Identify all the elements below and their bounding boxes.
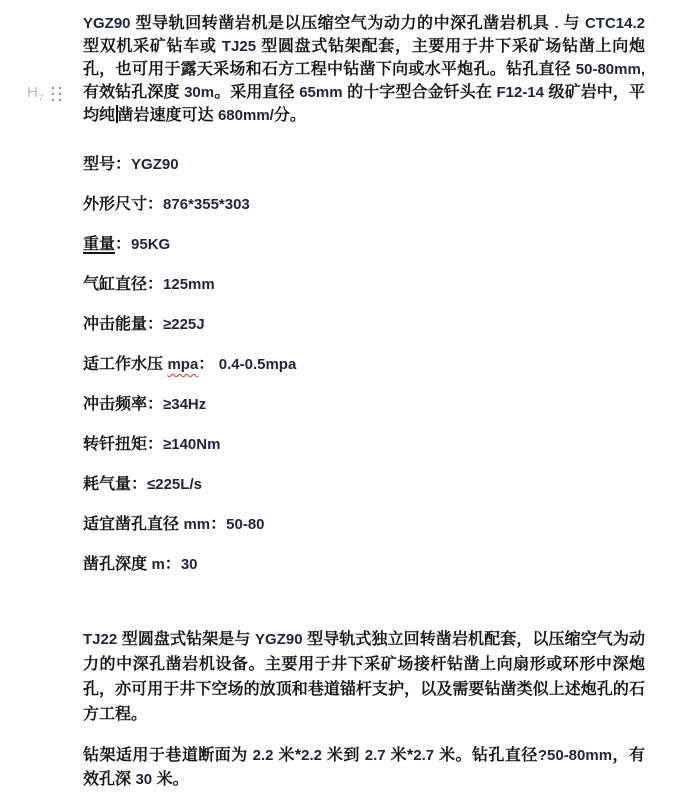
text-run: 重量 (83, 236, 115, 253)
text-run: m (151, 556, 164, 573)
text-run: 凿孔深度 (83, 556, 151, 573)
text-run: 型双机采矿钻车或 (83, 38, 222, 55)
text-run: ： (115, 236, 131, 253)
text-run: ≥225J (163, 316, 205, 333)
text-run: 65mm (299, 84, 342, 101)
text-run: 钻架适用于巷道断面为 (83, 747, 253, 764)
text-run: 2.2 (253, 747, 274, 764)
text-run: YGZ90 (83, 15, 131, 32)
text-run: 的十字型合金钎头在 (343, 84, 497, 101)
tunnel-size-paragraph[interactable]: 钻架适用于巷道断面为 2.2 米*2.2 米到 2.7 米*2.7 米。钻孔直径… (83, 744, 645, 792)
text-run: 95KG (131, 236, 170, 253)
text-run: 30 (135, 771, 152, 788)
text-run: 型圆盘式钻架是与 (117, 631, 255, 648)
intro-paragraph[interactable]: YGZ90 型导轨回转凿岩机是以压缩空气为动力的中深孔凿岩机具 . 与 CTC1… (83, 0, 645, 127)
text-run: ≥34Hz (163, 396, 206, 413)
text-run: 30m (184, 84, 214, 101)
text-run: 50-80 (226, 516, 264, 533)
text-run: YGZ90 (131, 156, 179, 173)
text-run: 680mm/ (218, 107, 274, 124)
heading-level-number: 7 (38, 93, 44, 103)
text-run: ： (210, 516, 226, 533)
text-run: 冲击频率： (83, 396, 163, 413)
spec-row[interactable]: 型号：YGZ90 (83, 156, 645, 173)
text-run: ： (198, 356, 218, 373)
text-run: 耗气量： (83, 476, 147, 493)
spec-row[interactable]: 冲击频率：≥34Hz (83, 396, 645, 413)
text-run: 凿岩速度可达 (118, 107, 218, 124)
text-run: 米* (386, 747, 414, 764)
spec-row[interactable]: 适宜凿孔直径 mm：50-80 (83, 516, 645, 533)
text-run: 2.2 (301, 747, 322, 764)
text-run: 转钎扭矩： (83, 436, 163, 453)
text-run: 米。钻孔直径 (434, 747, 538, 764)
drill-rig-paragraph[interactable]: TJ22 型圆盘式钻架是与 YGZ90 型导轨式独立回转凿岩机配套，以压缩空气为… (83, 627, 645, 727)
text-run: 型号： (83, 156, 131, 173)
spec-row[interactable]: 适工作水压 mpa： 0.4-0.5mpa (83, 356, 645, 373)
text-run: 米* (273, 747, 301, 764)
text-run: ≥140Nm (163, 436, 220, 453)
spec-row[interactable]: 转钎扭矩：≥140Nm (83, 436, 645, 453)
text-run: mm (183, 516, 210, 533)
text-run: 适工作水压 (83, 356, 167, 373)
text-run: 50-80mm, (576, 61, 645, 78)
text-run: ≤225L/s (147, 476, 202, 493)
text-run: 气缸直径： (83, 276, 163, 293)
text-run: 型导轨回转凿岩机是以压缩空气为动力的中深孔凿岩机具 (131, 15, 555, 32)
heading-letter: H (27, 84, 38, 101)
text-run: 2.7 (413, 747, 434, 764)
text-run: 125mm (163, 276, 215, 293)
document-body[interactable]: YGZ90 型导轨回转凿岩机是以压缩空气为动力的中深孔凿岩机具 . 与 CTC1… (83, 0, 645, 792)
text-run: 外形尺寸： (83, 196, 163, 213)
text-run: TJ22 (83, 631, 117, 648)
block-controls: H7 (27, 85, 62, 103)
spec-row[interactable]: 耗气量：≤225L/s (83, 476, 645, 493)
heading-level-indicator: H7 (27, 85, 44, 103)
text-run: 米。 (152, 771, 188, 788)
spec-row[interactable]: 凿孔深度 m：30 (83, 556, 645, 573)
spec-row[interactable]: 外形尺寸：876*355*303 (83, 196, 645, 213)
text-run: 分。 (274, 107, 306, 124)
text-run: 有效钻孔深度 (83, 84, 184, 101)
text-run: 。采用直径 (214, 84, 299, 101)
spellcheck-flagged-text: mpa (167, 356, 198, 373)
spec-row[interactable]: 冲击能量：≥225J (83, 316, 645, 333)
spec-row[interactable]: 气缸直径：125mm (83, 276, 645, 293)
text-run: F12-14 (496, 84, 544, 101)
text-run: 876*355*303 (163, 196, 250, 213)
text-run: YGZ90 (255, 631, 303, 648)
text-run: 米到 (322, 747, 365, 764)
document-editor-page: H7 YGZ90 型导轨回转凿岩机是以压缩空气为动力的中深孔凿岩机具 . 与 C… (0, 0, 688, 792)
drag-handle-icon[interactable] (52, 87, 62, 102)
spec-list: 型号：YGZ90外形尺寸：876*355*303重量：95KG气缸直径：125m… (83, 156, 645, 573)
text-run: 适宜凿孔直径 (83, 516, 183, 533)
text-run: 0.4-0.5mpa (219, 356, 297, 373)
text-run: CTC14.2 (585, 15, 645, 32)
text-run: 30 (181, 556, 198, 573)
text-run: TJ25 (222, 38, 256, 55)
text-run: ： (165, 556, 181, 573)
text-run: ?50-80mm (538, 747, 612, 764)
text-run: 2.7 (365, 747, 386, 764)
spec-row[interactable]: 重量：95KG (83, 236, 645, 253)
text-run: 与 (563, 15, 585, 32)
text-run: 冲击能量： (83, 316, 163, 333)
